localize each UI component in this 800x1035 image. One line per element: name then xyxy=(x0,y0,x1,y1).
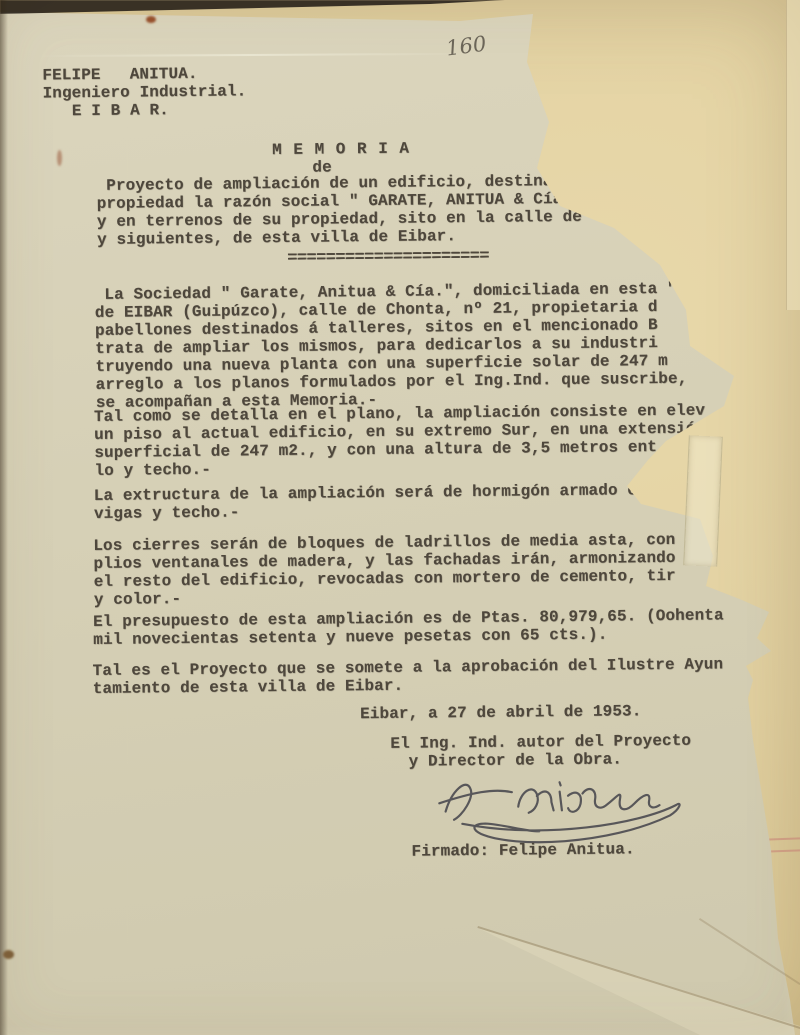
date-line: Eibar, a 27 de abril de 1953. xyxy=(360,702,642,723)
under-sheet-edge xyxy=(786,0,800,310)
paragraph-3: La extructura de la ampliación será de h… xyxy=(94,481,667,523)
document-title: M E M O R I A xyxy=(272,140,410,159)
paragraph-2: Tal como se detalla en el plano, la ampl… xyxy=(94,402,706,480)
signed-by-line: Firmado: Felipe Anitua. xyxy=(411,840,634,860)
project-heading: Proyecto de ampliación de un edificio, d… xyxy=(96,172,582,249)
under-sheet-ruled-line xyxy=(766,837,800,840)
signature xyxy=(431,760,702,848)
page-number-handwritten: 160 xyxy=(445,31,488,60)
typed-line: y siguientes, de esta villa de Eibar. xyxy=(97,226,582,249)
stain-spot xyxy=(57,150,62,166)
signoff-role-line: El Ing. Ind. autor del Proyecto xyxy=(390,732,691,753)
stain-spot xyxy=(146,16,156,23)
separator-rule: ===================== xyxy=(287,247,489,267)
paragraph-6: Tal es el Proyecto que se somete a la ap… xyxy=(92,655,723,698)
document-photo: FELIPE ANITUA. Ingeniero Industrial. E I… xyxy=(0,0,800,1035)
tape-strip xyxy=(683,435,723,566)
letterhead-name: FELIPE ANITUA. xyxy=(42,64,246,84)
stain-spot xyxy=(3,950,14,959)
paragraph-5: El presupuesto de esta ampliación es de … xyxy=(93,606,724,649)
document-page: FELIPE ANITUA. Ingeniero Industrial. E I… xyxy=(0,0,800,1035)
photo-backing-edge xyxy=(0,0,505,14)
page-left-shadow xyxy=(0,0,8,1035)
letterhead-city: E I B A R. xyxy=(43,100,247,120)
letterhead-profession: Ingeniero Industrial. xyxy=(42,82,246,102)
paragraph-1: La Sociedad " Garate, Anitua & Cía.", do… xyxy=(95,280,688,412)
paragraph-4: Los cierres serán de bloques de ladrillo… xyxy=(93,531,676,609)
typed-content: FELIPE ANITUA. Ingeniero Industrial. E I… xyxy=(0,0,800,1035)
letterhead: FELIPE ANITUA. Ingeniero Industrial. E I… xyxy=(42,64,246,120)
